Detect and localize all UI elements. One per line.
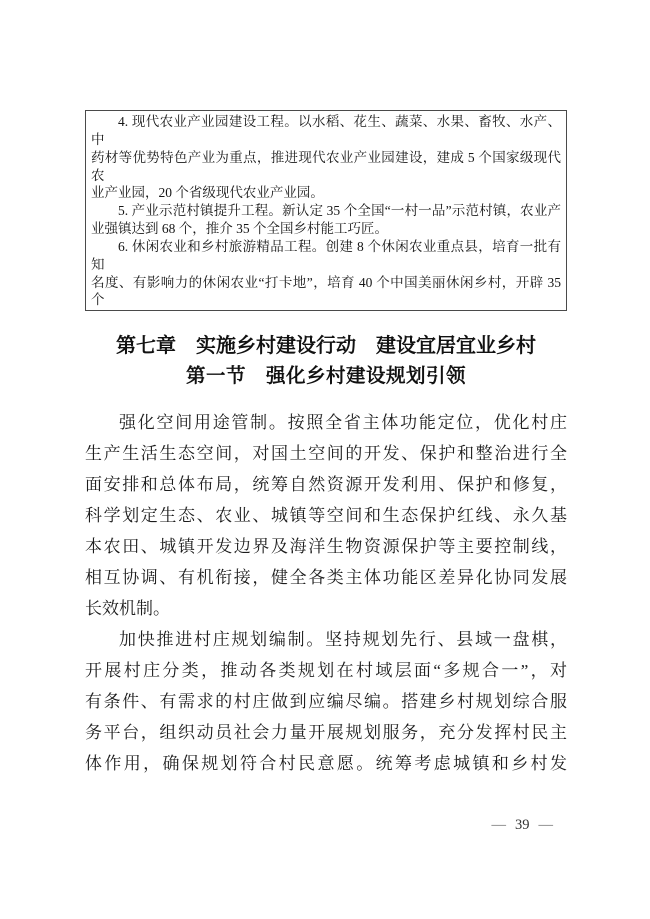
text-line: 长效机制。 bbox=[85, 593, 567, 624]
footer-right-dash: — bbox=[539, 817, 554, 834]
body-paragraphs: 强化空间用途管制。按照全省主体功能定位，优化村庄生产生活生态空间，对国土空间的开… bbox=[85, 407, 567, 779]
text-line: 生产生活生态空间，对国土空间的开发、保护和整治进行全 bbox=[85, 438, 567, 469]
text-line: 相互协调、有机衔接，健全各类主体功能区差异化协同发展 bbox=[85, 562, 567, 593]
text-line: 业产业园，20 个省级现代农业产业园。 bbox=[91, 184, 561, 202]
text-line: 4. 现代农业产业园建设工程。以水稻、花生、蔬菜、水果、畜牧、水产、中 bbox=[91, 113, 561, 149]
document-page: 4. 现代农业产业园建设工程。以水稻、花生、蔬菜、水果、畜牧、水产、中药材等优势… bbox=[0, 0, 650, 919]
numbered-projects-box: 4. 现代农业产业园建设工程。以水稻、花生、蔬菜、水果、畜牧、水产、中药材等优势… bbox=[85, 110, 567, 311]
text-line: 全国休闲农业精品景点线路。 bbox=[91, 309, 561, 311]
text-line: 6. 休闲农业和乡村旅游精品工程。创建 8 个休闲农业重点县，培育一批有知 bbox=[91, 238, 561, 274]
page-footer: — 39 — bbox=[492, 817, 554, 834]
text-line: 科学划定生态、农业、城镇等空间和生态保护红线、永久基 bbox=[85, 500, 567, 531]
text-line: 体作用，确保规划符合村民意愿。统筹考虑城镇和乡村发 bbox=[85, 748, 567, 779]
text-line: 面安排和总体布局，统筹自然资源开发利用、保护和修复， bbox=[85, 469, 567, 500]
page-number: 39 bbox=[515, 817, 530, 834]
text-line: 本农田、城镇开发边界及海洋生物资源保护等主要控制线， bbox=[85, 531, 567, 562]
text-line: 开展村庄分类，推动各类规划在村域层面“多规合一”，对 bbox=[85, 655, 567, 686]
chapter-heading: 第七章 实施乡村建设行动 建设宜居宜业乡村 bbox=[85, 329, 567, 358]
text-line: 业强镇达到 68 个，推介 35 个全国乡村能工巧匠。 bbox=[91, 220, 561, 238]
section-heading: 第一节 强化乡村建设规划引领 bbox=[85, 360, 567, 388]
text-line: 务平台，组织动员社会力量开展规划服务，充分发挥村民主 bbox=[85, 717, 567, 748]
text-line: 药材等优势特色产业为重点，推进现代农业产业园建设，建成 5 个国家级现代农 bbox=[91, 149, 561, 185]
text-line: 加快推进村庄规划编制。坚持规划先行、县域一盘棋， bbox=[85, 624, 567, 655]
footer-left-dash: — bbox=[492, 817, 507, 834]
text-line: 名度、有影响力的休闲农业“打卡地”，培育 40 个中国美丽休闲乡村，开辟 35 … bbox=[91, 274, 561, 310]
text-line: 有条件、有需求的村庄做到应编尽编。搭建乡村规划综合服 bbox=[85, 686, 567, 717]
text-line: 5. 产业示范村镇提升工程。新认定 35 个全国“一村一品”示范村镇，农业产 bbox=[91, 202, 561, 220]
text-line: 强化空间用途管制。按照全省主体功能定位，优化村庄 bbox=[85, 407, 567, 438]
